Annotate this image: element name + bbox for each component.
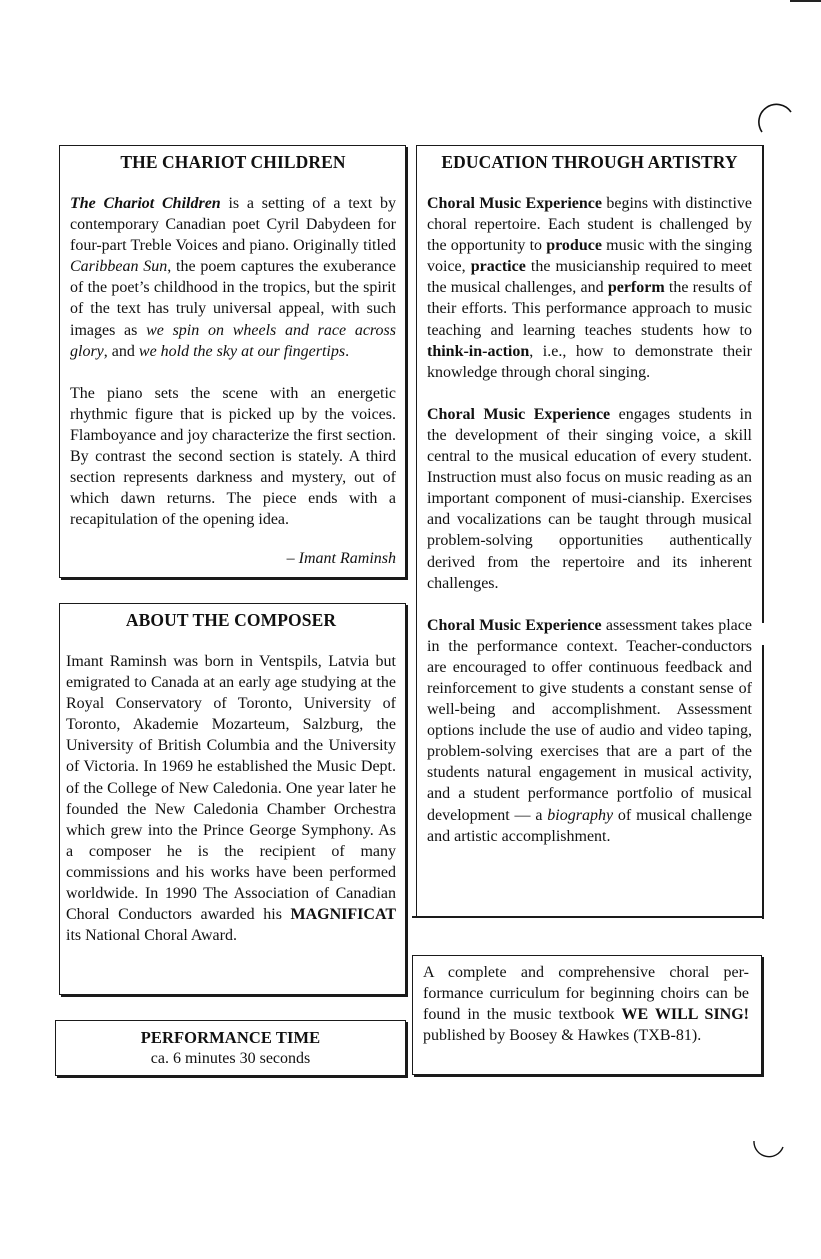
about-composer-title: ABOUT THE COMPOSER (66, 610, 396, 631)
about-composer-box: ABOUT THE COMPOSER Imant Raminsh was bor… (59, 603, 406, 995)
performance-time-value: ca. 6 minutes 30 seconds (56, 1048, 405, 1069)
text-run: published by Boosey & Hawkes (TXB-81). (423, 1027, 701, 1044)
curriculum-note-box: A complete and comprehensive choral per-… (412, 955, 762, 1075)
emphasis-run: MAGNIFICAT (291, 906, 396, 923)
education-box-bottom-border (412, 916, 764, 918)
emphasis-run: WE WILL SING! (622, 1006, 750, 1023)
crop-mark-arc-top-icon (758, 100, 798, 136)
education-artistry-box: EDUCATION THROUGH ARTISTRY Choral Music … (416, 145, 764, 917)
education-box-right-border-bottom (762, 645, 764, 919)
text-run: Imant Raminsh was born in Ventspils, Lat… (66, 653, 396, 923)
text-run: , and (104, 343, 139, 360)
chariot-children-box: THE CHARIOT CHILDREN The Chariot Childre… (59, 145, 406, 578)
education-paragraph-2: Choral Music Experience engages students… (427, 404, 752, 594)
chariot-children-paragraph-2: The piano sets the scene with an energet… (70, 383, 396, 531)
education-artistry-title: EDUCATION THROUGH ARTISTRY (427, 152, 752, 173)
emphasis-run: practice (471, 258, 526, 275)
curriculum-note-paragraph: A complete and comprehensive choral per-… (423, 962, 749, 1046)
emphasis-run: biography (547, 807, 613, 824)
emphasis-run: Caribbean Sun (70, 258, 167, 275)
emphasis-run: we hold the sky at our fingertips (139, 343, 345, 360)
emphasis-run: The Chariot Children (70, 195, 221, 212)
text-run: . (345, 343, 349, 360)
performance-time-box: PERFORMANCE TIME ca. 6 minutes 30 second… (55, 1020, 406, 1076)
text-run: assessment takes place in the performanc… (427, 617, 752, 824)
text-run: its National Choral Award. (66, 927, 237, 944)
chariot-children-signature: – Imant Raminsh (70, 550, 396, 568)
emphasis-run: produce (546, 237, 602, 254)
emphasis-run: think-in-action (427, 343, 529, 360)
scan-edge-line (790, 0, 821, 2)
about-composer-paragraph: Imant Raminsh was born in Ventspils, Lat… (66, 651, 396, 946)
education-box-right-border-top (762, 145, 764, 623)
emphasis-run: Choral Music Experience (427, 195, 602, 212)
performance-time-title: PERFORMANCE TIME (56, 1028, 405, 1048)
crop-mark-arc-bottom-icon (750, 1135, 790, 1171)
chariot-children-paragraph-1: The Chariot Children is a setting of a t… (70, 193, 396, 362)
emphasis-run: Choral Music Experience (427, 406, 610, 423)
text-run: engages students in the development of t… (427, 406, 752, 592)
education-paragraph-1: Choral Music Experience begins with dist… (427, 193, 752, 383)
emphasis-run: Choral Music Experience (427, 617, 602, 634)
education-paragraph-3: Choral Music Experience assessment takes… (427, 615, 752, 847)
emphasis-run: perform (608, 279, 665, 296)
chariot-children-title: THE CHARIOT CHILDREN (70, 152, 396, 173)
